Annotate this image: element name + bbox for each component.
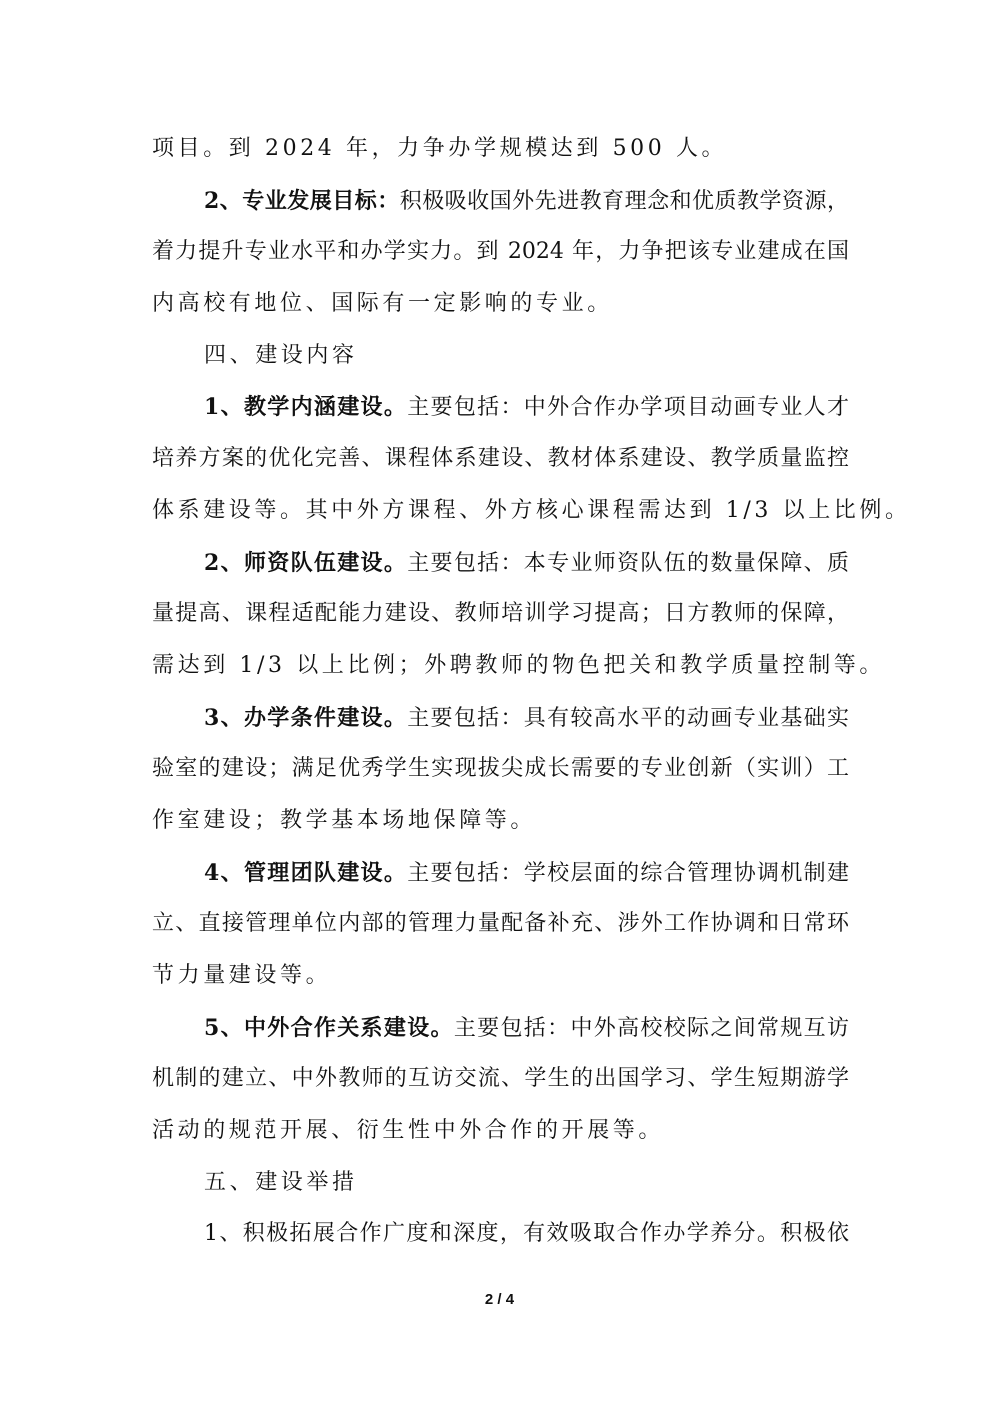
line-text: 验室的建设；满足优秀学生实现拔尖成长需要的专业创新（实训）工 [152,756,849,781]
paragraph-line-item-4: 4、管理团队建设。主要包括：学校层面的综合管理协调机制建 [152,851,849,903]
line-text: 内高校有地位、国际有一定影响的专业。 [152,291,613,316]
paragraph-line: 体系建设等。其中外方课程、外方核心课程需达到 1/3 以上比例。 [152,489,849,541]
paragraph-line: 项目。到 2024 年，力争办学规模达到 500 人。 [152,127,849,179]
line-text: 1、积极拓展合作广度和深度，有效吸取合作办学养分。积极依 [204,1221,849,1246]
line-lead-bold: 5、中外合作关系建设。 [204,1015,454,1041]
paragraph-line-measure-1: 1、积极拓展合作广度和深度，有效吸取合作办学养分。积极依 [152,1212,849,1264]
paragraph-line-item-5: 5、中外合作关系建设。主要包括：中外高校校际之间常规互访 [152,1006,849,1058]
line-text: 项目。到 2024 年，力争办学规模达到 500 人。 [152,136,727,161]
paragraph-line: 量提高、课程适配能力建设、教师培训学习提高；日方教师的保障， [152,592,849,644]
paragraph-line-item-2: 2、师资队伍建设。主要包括：本专业师资队伍的数量保障、质 [152,541,849,593]
paragraph-line: 立、直接管理单位内部的管理力量配备补充、涉外工作协调和日常环 [152,902,849,954]
line-text: 主要包括：本专业师资队伍的数量保障、质 [407,551,849,576]
line-text: 体系建设等。其中外方课程、外方核心课程需达到 1/3 以上比例。 [152,498,911,523]
paragraph-line-goal-2: 2、专业发展目标：积极吸收国外先进教育理念和优质教学资源， [152,179,849,231]
line-text: 主要包括：具有较高水平的动画专业基础实 [407,706,849,731]
heading-text: 五、建设举措 [204,1170,358,1195]
line-lead-bold: 3、办学条件建设。 [204,705,407,731]
paragraph-line: 活动的规范开展、衍生性中外合作的开展等。 [152,1109,849,1161]
line-lead-bold: 2、专业发展目标： [204,188,400,214]
line-lead-bold: 4、管理团队建设。 [204,860,407,886]
paragraph-line-item-3: 3、办学条件建设。主要包括：具有较高水平的动画专业基础实 [152,696,849,748]
line-lead-bold: 1、教学内涵建设。 [204,394,407,420]
page-number: 2 / 4 [0,1291,999,1308]
paragraph-line: 着力提升专业水平和办学实力。到 2024 年，力争把该专业建成在国 [152,230,849,282]
line-text: 机制的建立、中外教师的互访交流、学生的出国学习、学生短期游学 [152,1066,849,1091]
line-text: 立、直接管理单位内部的管理力量配备补充、涉外工作协调和日常环 [152,911,849,936]
line-text: 主要包括：中外高校校际之间常规互访 [454,1016,849,1041]
paragraph-line: 验室的建设；满足优秀学生实现拔尖成长需要的专业创新（实训）工 [152,747,849,799]
line-text: 积极吸收国外先进教育理念和优质教学资源， [400,189,849,214]
section-heading-4: 四、建设内容 [152,334,849,386]
line-text: 培养方案的优化完善、课程体系建设、教材体系建设、教学质量监控 [152,446,849,471]
section-heading-5: 五、建设举措 [152,1161,849,1213]
line-lead-bold: 2、师资队伍建设。 [204,550,407,576]
line-text: 主要包括：中外合作办学项目动画专业人才 [407,395,849,420]
document-body: 项目。到 2024 年，力争办学规模达到 500 人。 2、专业发展目标：积极吸… [152,127,849,1264]
paragraph-line: 需达到 1/3 以上比例；外聘教师的物色把关和教学质量控制等。 [152,644,849,696]
line-text: 需达到 1/3 以上比例；外聘教师的物色把关和教学质量控制等。 [152,653,885,678]
paragraph-line-item-1: 1、教学内涵建设。主要包括：中外合作办学项目动画专业人才 [152,385,849,437]
heading-text: 四、建设内容 [204,343,358,368]
paragraph-line: 机制的建立、中外教师的互访交流、学生的出国学习、学生短期游学 [152,1057,849,1109]
paragraph-line: 培养方案的优化完善、课程体系建设、教材体系建设、教学质量监控 [152,437,849,489]
line-text: 作室建设；教学基本场地保障等。 [152,808,536,833]
paragraph-line: 内高校有地位、国际有一定影响的专业。 [152,282,849,334]
line-text: 主要包括：学校层面的综合管理协调机制建 [407,861,849,886]
line-text: 着力提升专业水平和办学实力。到 2024 年，力争把该专业建成在国 [152,239,849,264]
paragraph-line: 作室建设；教学基本场地保障等。 [152,799,849,851]
line-text: 量提高、课程适配能力建设、教师培训学习提高；日方教师的保障， [152,601,849,626]
line-text: 活动的规范开展、衍生性中外合作的开展等。 [152,1118,664,1143]
document-page: 项目。到 2024 年，力争办学规模达到 500 人。 2、专业发展目标：积极吸… [0,0,999,1414]
paragraph-line: 节力量建设等。 [152,954,849,1006]
line-text: 节力量建设等。 [152,963,331,988]
